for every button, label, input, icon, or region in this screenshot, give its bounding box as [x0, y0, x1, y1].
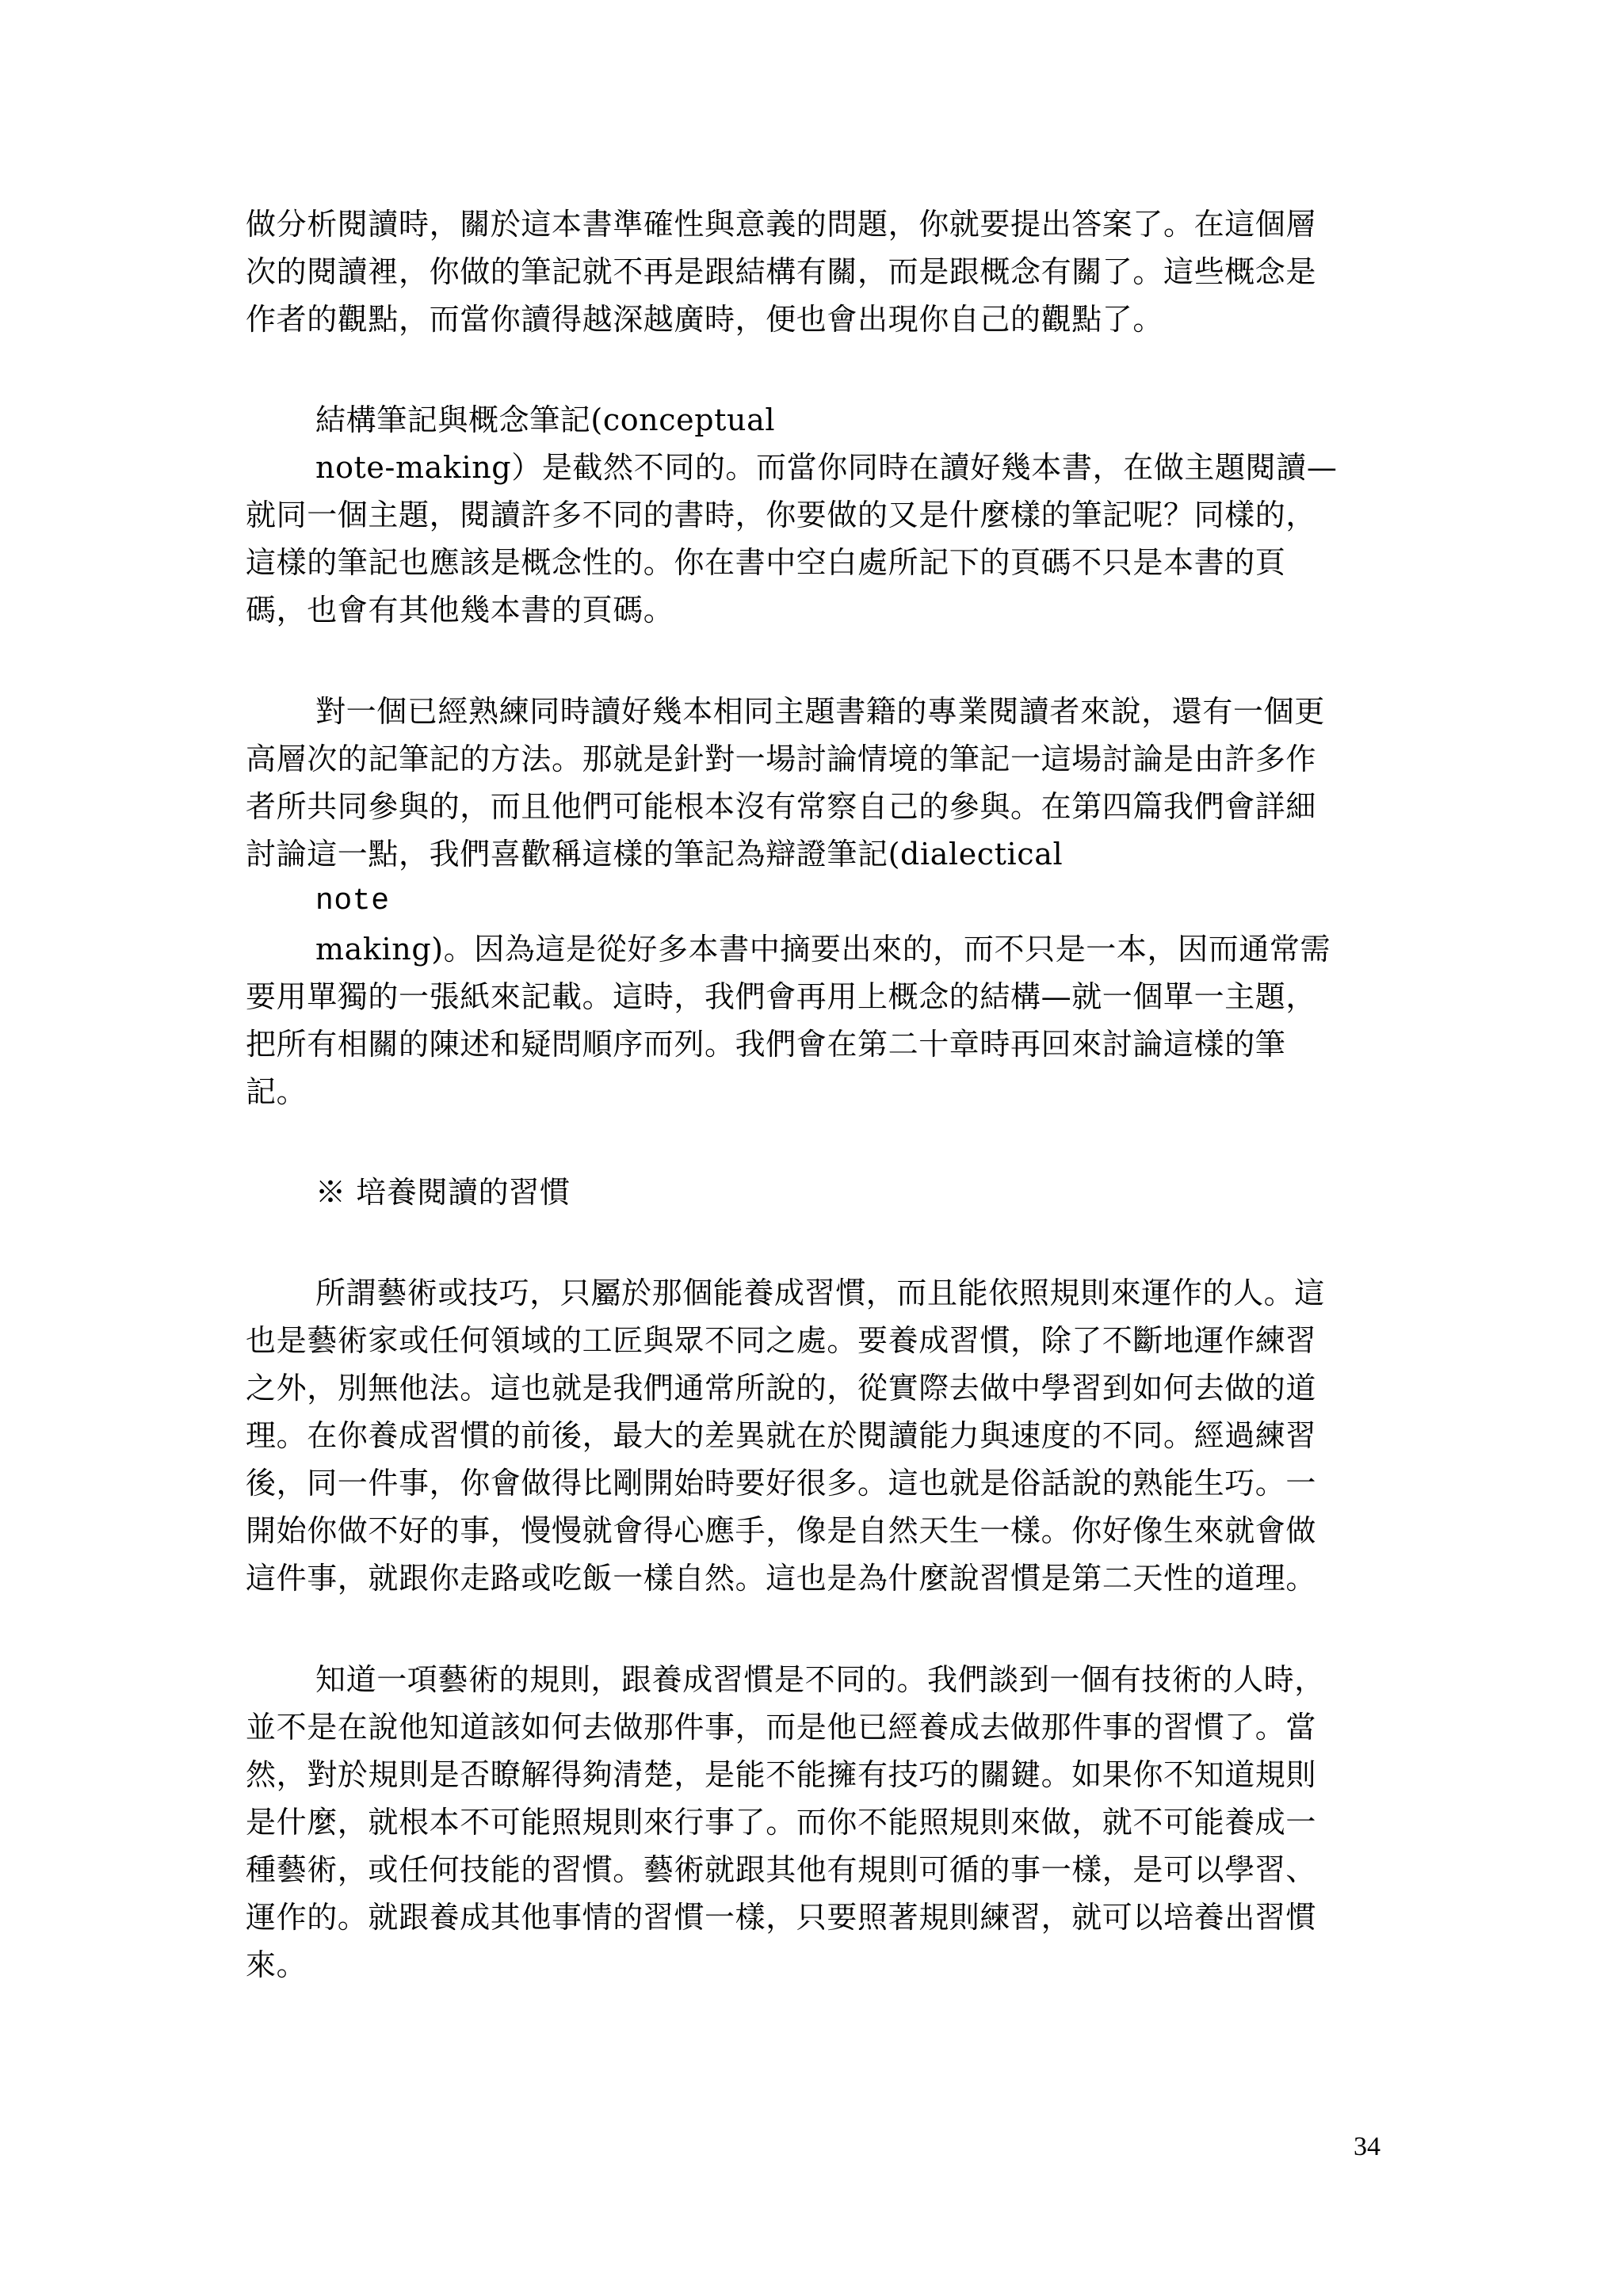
- paragraph-4-line-3: 之外，別無他法。這也就是我們通常所說的，從實際去做中學習到如何去做的道: [246, 1369, 1316, 1407]
- paragraph-3-line-1: 對一個已經熟練同時讀好幾本相同主題書籍的專業閱讀者來說，還有一個更: [315, 692, 1325, 730]
- paragraph-3-line-5: note: [315, 883, 390, 921]
- paragraph-4-line-5: 後，同一件事，你會做得比剛開始時要好很多。這也就是俗話說的熟能生巧。一: [246, 1464, 1316, 1502]
- paragraph-3-line-7: 要用單獨的一張紙來記載。這時，我們會再用上概念的結構—就一個單一主題，: [246, 978, 1316, 1016]
- paragraph-5-line-7: 來。: [246, 1946, 307, 1984]
- paragraph-1-line-3: 作者的觀點，而當你讀得越深越廣時，便也會出現你自己的觀點了。: [246, 300, 1163, 338]
- paragraph-4-line-7: 這件事，就跟你走路或吃飯一樣自然。這也是為什麼說習慣是第二天性的道理。: [246, 1559, 1316, 1597]
- paragraph-3-line-3: 者所共同參與的，而且他們可能根本沒有常察自己的參與。在第四篇我們會詳細: [246, 788, 1316, 826]
- paragraph-5-line-5: 種藝術，或任何技能的習慣。藝術就跟其他有規則可循的事一樣，是可以學習、: [246, 1851, 1316, 1889]
- page-number: 34: [1354, 2131, 1381, 2163]
- paragraph-5-line-1: 知道一項藝術的規則，跟養成習慣是不同的。我們談到一個有技術的人時，: [315, 1661, 1325, 1699]
- paragraph-5-line-6: 運作的。就跟養成其他事情的習慣一樣，只要照著規則練習，就可以培養出習慣: [246, 1898, 1316, 1936]
- paragraph-4-line-6: 開始你做不好的事，慢慢就會得心應手，像是自然天生一樣。你好像生來就會做: [246, 1512, 1316, 1550]
- paragraph-4-line-4: 理。在你養成習慣的前後，最大的差異就在於閱讀能力與速度的不同。經過練習: [246, 1417, 1316, 1455]
- paragraph-2-line-2: note-making）是截然不同的。而當你同時在讀好幾本書，在做主題閱讀—: [315, 448, 1337, 486]
- paragraph-3-line-6: making)。因為這是從好多本書中摘要出來的，而不只是一本，因而通常需: [315, 930, 1331, 968]
- paragraph-5-line-2: 並不是在說他知道該如何去做那件事，而是他已經養成去做那件事的習慣了。當: [246, 1708, 1316, 1746]
- paragraph-4-line-1: 所謂藝術或技巧，只屬於那個能養成習慣，而且能依照規則來運作的人。這: [315, 1274, 1325, 1312]
- paragraph-5-line-3: 然，對於規則是否瞭解得夠清楚，是能不能擁有技巧的關鍵。如果你不知道規則: [246, 1756, 1316, 1794]
- paragraph-2-line-5: 碼，也會有其他幾本書的頁碼。: [246, 591, 674, 629]
- paragraph-2-line-4: 這樣的筆記也應該是概念性的。你在書中空白處所記下的頁碼不只是本書的頁: [246, 543, 1285, 582]
- paragraph-3-line-9: 記。: [246, 1073, 307, 1111]
- paragraph-5-line-4: 是什麼，就根本不可能照規則來行事了。而你不能照規則來做，就不可能養成一: [246, 1803, 1316, 1841]
- document-page: 做分析閱讀時，關於這本書準確性與意義的問題，你就要提出答案了。在這個層 次的閱讀…: [0, 0, 1623, 2296]
- paragraph-3-line-2: 高層次的記筆記的方法。那就是針對一場討論情境的筆記一這場討論是由許多作: [246, 740, 1316, 778]
- paragraph-4-line-2: 也是藝術家或任何領域的工匠與眾不同之處。要養成習慣，除了不斷地運作練習: [246, 1322, 1316, 1360]
- section-heading: ※ 培養閱讀的習慣: [315, 1173, 570, 1211]
- paragraph-1-line-1: 做分析閱讀時，關於這本書準確性與意義的問題，你就要提出答案了。在這個層: [246, 205, 1316, 243]
- paragraph-2-line-3: 就同一個主題，閱讀許多不同的書時，你要做的又是什麼樣的筆記呢？同樣的，: [246, 496, 1316, 534]
- paragraph-1-line-2: 次的閱讀裡，你做的筆記就不再是跟結構有關，而是跟概念有關了。這些概念是: [246, 253, 1316, 291]
- paragraph-3-line-8: 把所有相關的陳述和疑問順序而列。我們會在第二十章時再回來討論這樣的筆: [246, 1025, 1285, 1063]
- paragraph-2-line-1: 結構筆記與概念筆記(conceptual: [315, 401, 775, 439]
- paragraph-3-line-4: 討論這一點，我們喜歡稱這樣的筆記為辯證筆記(dialectical: [246, 835, 1063, 873]
